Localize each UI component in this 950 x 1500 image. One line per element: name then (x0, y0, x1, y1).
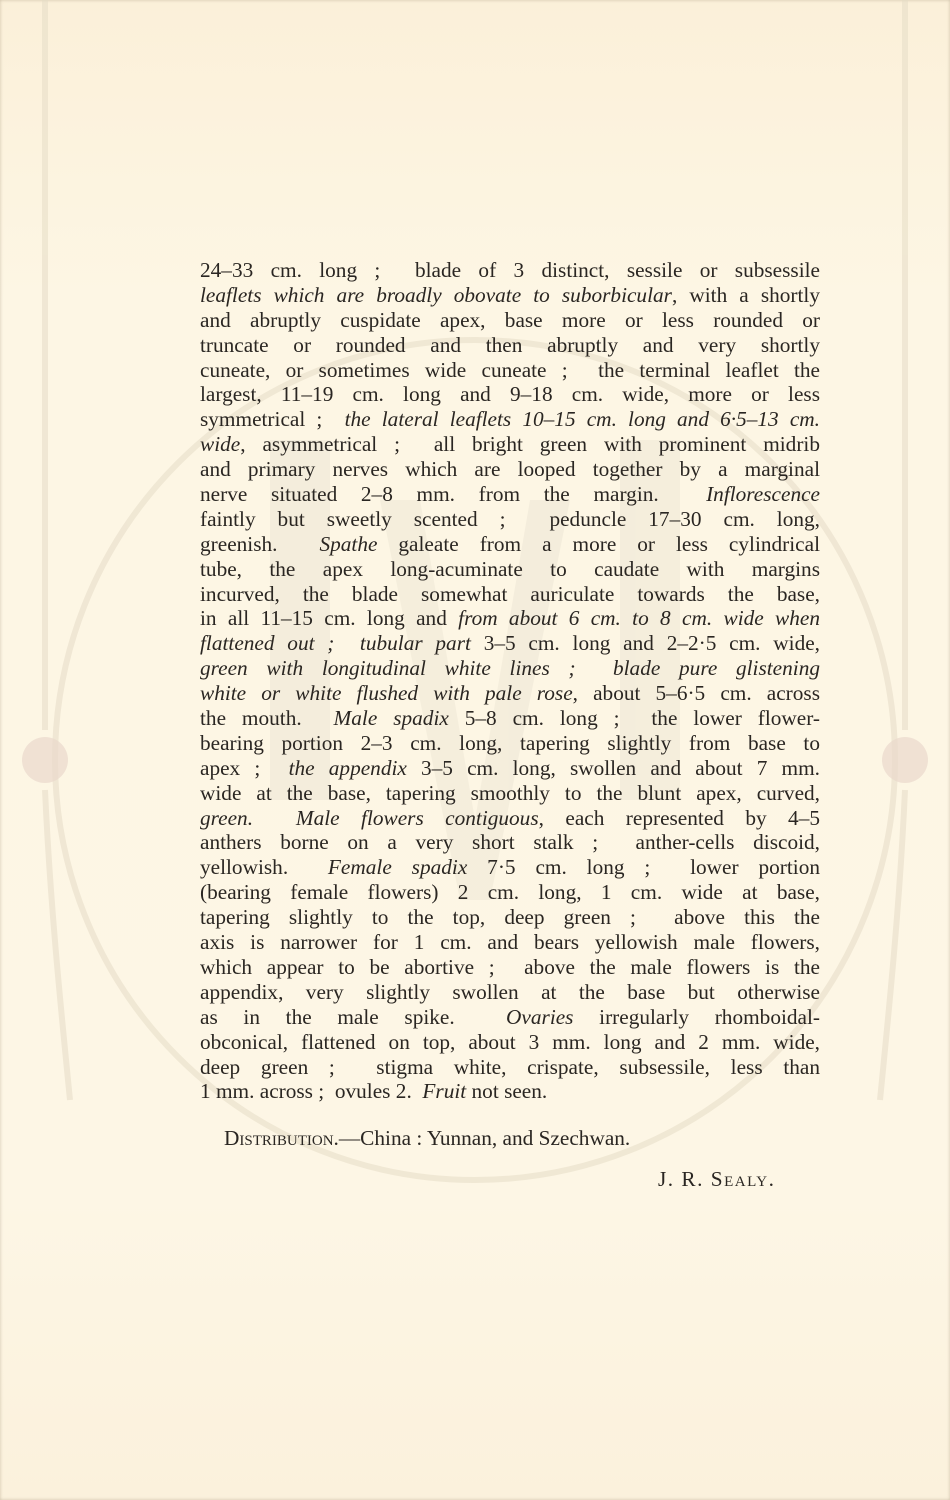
text-segment: the mouth. (200, 706, 334, 730)
text-line: flattened out ; tubular part 3–5 cm. lon… (200, 631, 820, 656)
text-line: tube, the apex long-acuminate to caudate… (200, 557, 820, 582)
text-line: symmetrical ; the lateral leaflets 10–15… (200, 407, 820, 432)
italic-text: white or white flushed with pale rose (200, 681, 573, 705)
text-line: appendix, very slightly swollen at the b… (200, 980, 820, 1005)
author-surname: Sealy. (711, 1167, 776, 1191)
text-segment: faintly but sweetly scented ; peduncle 1… (200, 507, 820, 531)
text-line: white or white flushed with pale rose, a… (200, 681, 820, 706)
text-line: 1 mm. across ; ovules 2. Fruit not seen. (200, 1079, 820, 1104)
italic-text: Fruit (422, 1079, 466, 1103)
italic-text: Inflorescence (706, 482, 820, 506)
text-line: and abruptly cuspidate apex, base more o… (200, 308, 820, 333)
italic-text: flattened out ; tubular part (200, 631, 471, 655)
text-segment: 7·5 cm. long ; lower portion (467, 855, 820, 879)
text-segment: appendix, very slightly swollen at the b… (200, 980, 820, 1004)
text-segment: , asymmetrical ; all bright green with p… (240, 432, 820, 456)
distribution-label: Distribution. (224, 1126, 339, 1150)
italic-text: Female spadix (328, 855, 467, 879)
text-line: largest, 11–19 cm. long and 9–18 cm. wid… (200, 382, 820, 407)
text-segment: not seen. (466, 1079, 547, 1103)
text-line: wide, asymmetrical ; all bright green wi… (200, 432, 820, 457)
text-segment: which appear to be abortive ; above the … (200, 955, 820, 979)
text-segment: deep green ; stigma white, crispate, sub… (200, 1055, 820, 1079)
italic-text: Male spadix (334, 706, 449, 730)
text-segment: 24–33 cm. long ; blade of 3 distinct, se… (200, 258, 820, 282)
distribution-text: —China : Yunnan, and Szechwan. (339, 1126, 630, 1150)
text-line: cuneate, or sometimes wide cuneate ; the… (200, 358, 820, 383)
text-line: green. Male flowers contiguous, each rep… (200, 806, 820, 831)
author-signature: J. R. Sealy. (658, 1167, 775, 1192)
text-segment: 1 mm. across ; ovules 2. (200, 1079, 422, 1103)
text-segment: bearing portion 2–3 cm. long, tapering s… (200, 731, 820, 755)
italic-text: leaflets which are broadly obovate to su… (200, 283, 672, 307)
text-line: incurved, the blade somewhat auriculate … (200, 582, 820, 607)
text-line: leaflets which are broadly obovate to su… (200, 283, 820, 308)
italic-text: green. Male flowers contiguous (200, 806, 539, 830)
text-line: yellowish. Female spadix 7·5 cm. long ; … (200, 855, 820, 880)
text-line: as in the male spike. Ovaries irregularl… (200, 1005, 820, 1030)
text-segment: largest, 11–19 cm. long and 9–18 cm. wid… (200, 382, 820, 406)
text-segment: and primary nerves which are looped toge… (200, 457, 820, 481)
text-segment: cuneate, or sometimes wide cuneate ; the… (200, 358, 820, 382)
text-segment: greenish. (200, 532, 319, 556)
text-line: 24–33 cm. long ; blade of 3 distinct, se… (200, 258, 820, 283)
text-line: axis is narrower for 1 cm. and bears yel… (200, 930, 820, 955)
italic-text: the appendix (289, 756, 407, 780)
text-segment: 3–5 cm. long and 2–2·5 cm. wide, (471, 631, 820, 655)
text-segment: nerve situated 2–8 mm. from the margin. (200, 482, 706, 506)
text-segment: in all 11–15 cm. long and (200, 606, 458, 630)
text-segment: anthers borne on a very short stalk ; an… (200, 830, 820, 854)
text-line: obconical, flattened on top, about 3 mm.… (200, 1030, 820, 1055)
text-segment: as in the male spike. (200, 1005, 506, 1029)
italic-text: green with longitudinal white lines ; bl… (200, 656, 820, 680)
text-segment: irregularly rhomboidal- (573, 1005, 820, 1029)
text-segment: incurved, the blade somewhat auriculate … (200, 582, 820, 606)
text-segment: , about 5–6·5 cm. across (573, 681, 820, 705)
text-segment: (bearing female flowers) 2 cm. long, 1 c… (200, 880, 820, 904)
text-line: faintly but sweetly scented ; peduncle 1… (200, 507, 820, 532)
text-segment: axis is narrower for 1 cm. and bears yel… (200, 930, 820, 954)
text-segment: galeate from a more or less cylindrical (377, 532, 820, 556)
author-initials: J. R. (658, 1167, 711, 1191)
italic-text: the lateral leaflets 10–15 cm. long and … (345, 407, 820, 431)
text-segment: 5–8 cm. long ; the lower flower- (449, 706, 820, 730)
text-line: truncate or rounded and then abruptly an… (200, 333, 820, 358)
italic-text: Ovaries (506, 1005, 573, 1029)
text-line: deep green ; stigma white, crispate, sub… (200, 1055, 820, 1080)
text-line: tapering slightly to the top, deep green… (200, 905, 820, 930)
text-segment: symmetrical ; (200, 407, 345, 431)
text-segment: tapering slightly to the top, deep green… (200, 905, 820, 929)
text-segment: yellowish. (200, 855, 328, 879)
text-segment: , each represented by 4–5 (539, 806, 820, 830)
italic-text: Spathe (319, 532, 377, 556)
text-line: in all 11–15 cm. long and from about 6 c… (200, 606, 820, 631)
text-line: (bearing female flowers) 2 cm. long, 1 c… (200, 880, 820, 905)
text-line: green with longitudinal white lines ; bl… (200, 656, 820, 681)
text-line: nerve situated 2–8 mm. from the margin. … (200, 482, 820, 507)
text-line: the mouth. Male spadix 5–8 cm. long ; th… (200, 706, 820, 731)
text-segment: wide at the base, tapering smoothly to t… (200, 781, 820, 805)
distribution-line: Distribution.—China : Yunnan, and Szechw… (224, 1126, 630, 1151)
text-segment: apex ; (200, 756, 289, 780)
text-segment: 3–5 cm. long, swollen and about 7 mm. (407, 756, 820, 780)
italic-text: wide (200, 432, 240, 456)
italic-text: from about 6 cm. to 8 cm. wide when (458, 606, 820, 630)
text-segment: tube, the apex long-acuminate to caudate… (200, 557, 820, 581)
text-line: bearing portion 2–3 cm. long, tapering s… (200, 731, 820, 756)
text-line: anthers borne on a very short stalk ; an… (200, 830, 820, 855)
text-line: wide at the base, tapering smoothly to t… (200, 781, 820, 806)
text-line: greenish. Spathe galeate from a more or … (200, 532, 820, 557)
document-page: 24–33 cm. long ; blade of 3 distinct, se… (0, 0, 950, 1500)
species-description: 24–33 cm. long ; blade of 3 distinct, se… (200, 258, 820, 1104)
text-line: and primary nerves which are looped toge… (200, 457, 820, 482)
text-segment: obconical, flattened on top, about 3 mm.… (200, 1030, 820, 1054)
text-line: apex ; the appendix 3–5 cm. long, swolle… (200, 756, 820, 781)
text-segment: , with a shortly (672, 283, 820, 307)
text-line: which appear to be abortive ; above the … (200, 955, 820, 980)
text-segment: and abruptly cuspidate apex, base more o… (200, 308, 820, 332)
text-segment: truncate or rounded and then abruptly an… (200, 333, 820, 357)
